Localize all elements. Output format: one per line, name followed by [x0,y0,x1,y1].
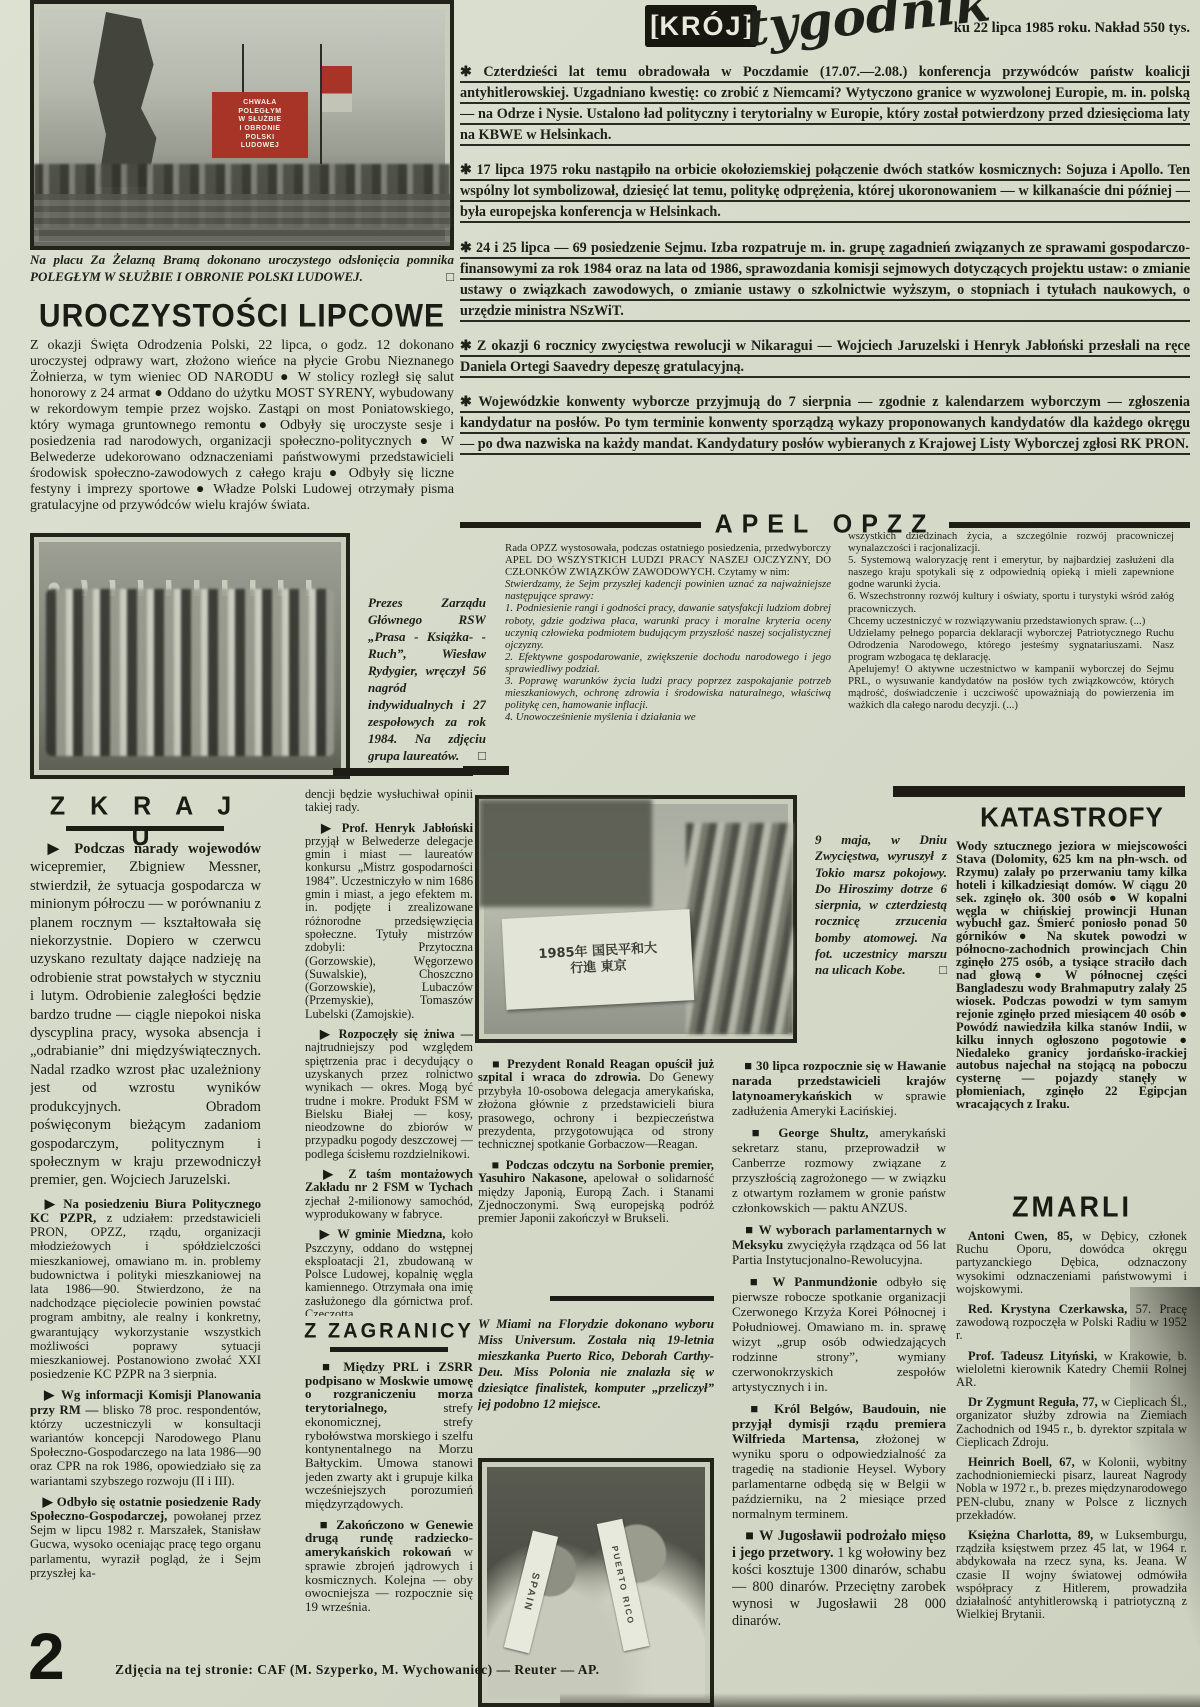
page-number: 2 [28,1618,65,1694]
zmarli-title: ZMARLI [958,1191,1186,1224]
photo-credits: Zdjęcia na tej stronie: CAF (M. Szyperko… [115,1662,755,1678]
laureates-photo [30,533,350,779]
section-bar [893,786,1185,797]
masthead-logo-text: KRÓJ [659,11,742,42]
apel-col2: wszystkich dziedzinach życia, a szczegól… [848,530,1174,770]
laureates-caption: Prezes Zarządu Głównego RSW „Prasa - Ksi… [368,594,486,784]
end-mark: □ [478,747,486,764]
flag-pole [320,44,322,164]
steps [34,194,450,246]
rule [949,522,1190,528]
brief-item: ✱ Z okazji 6 rocznicy zwycięstwa rewoluc… [460,336,1190,378]
news-item: ■ W wyborach parlamentarnych w Meksyku z… [732,1222,946,1267]
foreign-column: ■ 30 lipca rozpocznie się w Hawanie nara… [732,1058,946,1704]
continued-text: dencji będzie wysłuchiwał opinii takiej … [305,788,473,815]
z-kraju-column: ▶ Podczas narady wojewodów wicepremier, … [30,840,261,1628]
news-item: ■ Prezydent Ronald Reagan opuścił już sz… [478,1058,714,1152]
news-item: ■ Zakończono w Genewie drugą rundę radzi… [305,1518,473,1614]
divider-rule [550,1296,714,1301]
end-rule [463,766,509,775]
news-item: ▶ Rozpoczęły się żniwa — najtrudniejszy … [305,1028,473,1161]
world-column: ■ Prezydent Ronald Reagan opuścił już sz… [478,1058,714,1274]
monument-statue [92,12,162,187]
scan-shadow [1130,1287,1200,1707]
peace-march-photo: 1985年 国民平和大 行進 東京 [475,795,797,1043]
brief-item: ✱ Czterdzieści lat temu obradowała w Poc… [460,62,1190,146]
news-item: ▶ Odbyło się ostatnie posiedzenie Rady S… [30,1495,261,1580]
monument-caption: Na placu Za Żelazną Bramą dokonano urocz… [30,252,454,300]
marchers [686,823,793,1034]
masthead-dateline: ku 22 lipca 1985 roku. Nakład 550 tys. [790,20,1190,37]
news-item: ■ 30 lipca rozpocznie się w Hawanie nara… [732,1058,946,1118]
title-underline [330,1347,448,1352]
news-item: ▶ Prof. Henryk Jabłoński przyjął w Belwe… [305,822,473,1021]
scan-shadow-bottom [560,1693,1200,1707]
news-item: ▶ Na posiedzeniu Biura Politycznego KC P… [30,1197,261,1382]
sash-spain: SPAIN [504,1531,558,1654]
title-underline [66,826,224,831]
apel-quote-1: Stwierdzamy, że Sejm przyszłej kadencji … [505,578,831,723]
newspaper-page: [ KRÓJ ] tygodnik ku 22 lipca 1985 roku.… [0,0,1200,1707]
katastrofy-body: Wody sztucznego jeziora w miejscowości S… [956,840,1187,1176]
end-mark: □ [939,962,947,978]
march-caption: 9 maja, w Dniu Zwycięstwa, wyruszył z To… [815,832,947,1044]
banner-chwala: CHWAŁA POLEGŁYM W SŁUŻBIE I OBRONIE POLS… [212,92,308,158]
headline-uroczystosci: UROCZYSTOŚCI LIPCOWE [30,299,454,336]
news-item: ▶ W gminie Miedzna, koło Pszczyny, oddan… [305,1228,473,1316]
march-banner: 1985年 国民平和大 行進 東京 [502,909,695,1010]
news-item: ▶ Z taśm montażowych Zakładu nr 2 FSM w … [305,1168,473,1221]
brief-item: ✱ 24 i 25 lipca — 69 posiedzenie Sejmu. … [460,238,1190,322]
news-item: ▶ Wg informacji Komisji Planowania przy … [30,1388,261,1487]
masthead-logo: [ KRÓJ ] [645,5,757,47]
news-briefs: ✱ Czterdzieści lat temu obradowała w Poc… [460,48,1190,506]
miss-universum-text: W Miami na Florydzie dokonano wyboru Mis… [478,1316,714,1452]
sash-puerto-rico: PUERTO RICO [597,1519,649,1652]
uroczystosci-body: Z okazji Święta Odrodzenia Polski, 22 li… [30,338,454,528]
section-rule [333,768,473,776]
red-flag [322,66,352,112]
news-item: ■ W Jugosławii podrożało mięso i jego pr… [732,1528,946,1630]
katastrofy-title: KATASTROFY [958,801,1186,834]
news-item: ▶ Podczas narady wojewodów wicepremier, … [30,840,261,1190]
rule [460,522,701,528]
figure-row [46,589,333,756]
trees [479,799,652,907]
kraj-column-2: dencji będzie wysłuchiwał opinii takiej … [305,788,473,1316]
news-item: ■ George Shultz, amerykański sekretarz s… [732,1125,946,1215]
z-zagranicy-title: Z ZAGRANICY [303,1319,475,1343]
brief-item: ✱ 17 lipca 1975 roku nastąpiło na orbici… [460,160,1190,223]
monument-photo: CHWAŁA POLEGŁYM W SŁUŻBIE I OBRONIE POLS… [30,0,454,250]
news-item: ■ Król Belgów, Baudouin, nie przyjął dym… [732,1401,946,1521]
apel-col1: Rada OPZZ wystosowała, podczas ostatnieg… [505,542,831,772]
news-item: ■ Między PRL i ZSRR podpisano w Moskwie … [305,1360,473,1511]
end-mark: □ [446,269,454,286]
brief-item: ✱ Wojewódzkie konwenty wyborcze przyjmuj… [460,392,1190,455]
news-item: ■ W Panmundżonie odbyło się pierwsze rob… [732,1274,946,1394]
z-zagranicy-column: ■ Między PRL i ZSRR podpisano w Moskwie … [305,1360,473,1636]
news-item: ■ Podczas odczytu na Sorbonie premier, Y… [478,1159,714,1226]
